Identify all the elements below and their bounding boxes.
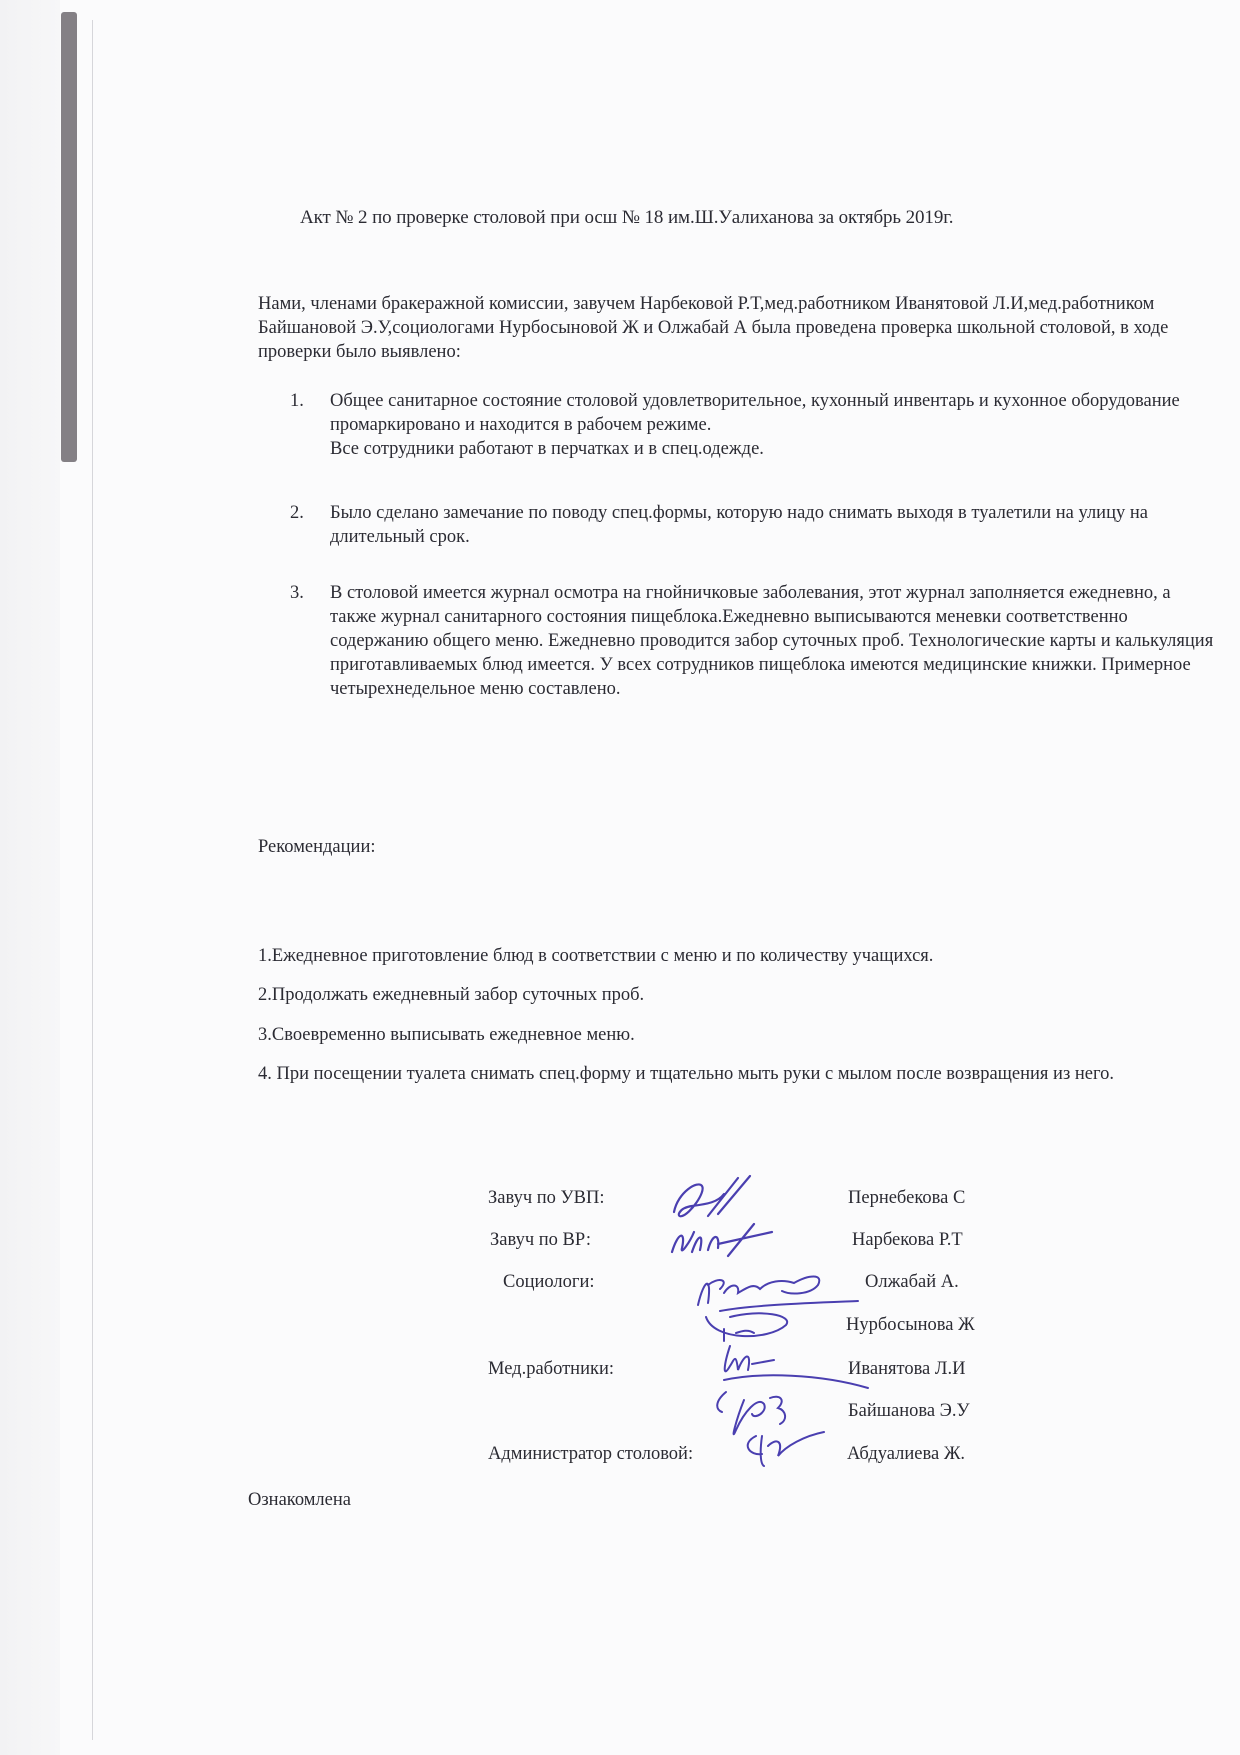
recommendation-4: 4. При посещении туалета снимать спец.фо… (258, 1062, 1218, 1086)
finding-text: Было сделано замечание по поводу спец.фо… (330, 501, 1220, 549)
signature-name-olzhabay: Олжабай А. (865, 1272, 959, 1293)
recommendations-heading: Рекомендации: (258, 837, 376, 858)
finding-text: В столовой имеется журнал осмотра на гно… (330, 581, 1220, 701)
signature-name-narbekova: Нарбекова Р.Т (852, 1230, 963, 1251)
signature-role-medical: Мед.работники: (488, 1359, 614, 1380)
handwritten-signature-icon (668, 1222, 778, 1262)
finding-text: Общее санитарное состояние столовой удов… (330, 389, 1220, 437)
document-title: Акт № 2 по проверке столовой при осш № 1… (300, 207, 1150, 229)
signature-role-zavuch-uvp: Завуч по УВП: (488, 1188, 604, 1209)
recommendation-1: 1.Ежедневное приготовление блюд в соотве… (258, 944, 1218, 968)
scan-margin (0, 0, 60, 1755)
finding-1: 1. Общее санитарное состояние столовой у… (290, 389, 1220, 461)
binder-hole-strip (61, 12, 77, 462)
signature-name-nurbosynova: Нурбосынова Ж (846, 1315, 975, 1336)
finding-2: 2. Было сделано замечание по поводу спец… (290, 501, 1220, 549)
paper-edge-line (92, 20, 93, 1740)
intro-paragraph: Нами, членами бракеражной комиссии, заву… (258, 292, 1218, 364)
acknowledged-label: Ознакомлена (248, 1490, 351, 1511)
signature-name-pernebekova: Пернебекова С (848, 1188, 965, 1209)
finding-number: 3. (290, 581, 330, 701)
signature-role-sociologists: Социологи: (503, 1272, 595, 1293)
finding-number: 2. (290, 501, 330, 549)
handwritten-signature-icon (690, 1265, 860, 1345)
finding-3: 3. В столовой имеется журнал осмотра на … (290, 581, 1220, 701)
handwritten-signature-icon (700, 1340, 880, 1480)
finding-number: 1. (290, 389, 330, 437)
signature-role-canteen-admin: Администратор столовой: (488, 1444, 693, 1465)
finding-text-extra: Все сотрудники работают в перчатках и в … (330, 437, 1220, 461)
signature-role-zavuch-vr: Завуч по ВР: (490, 1230, 591, 1251)
recommendation-2: 2.Продолжать ежедневный забор суточных п… (258, 983, 1218, 1007)
handwritten-signature-icon (668, 1172, 758, 1224)
recommendation-3: 3.Своевременно выписывать ежедневное мен… (258, 1023, 1218, 1047)
